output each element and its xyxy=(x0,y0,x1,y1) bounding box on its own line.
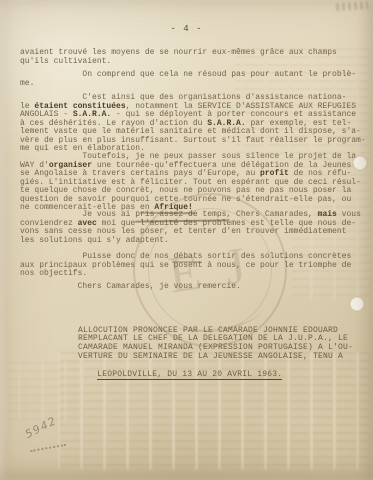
closing-lines: ALLOCUTION PRONONCEE PAR LE CAMARADE JOH… xyxy=(78,327,353,362)
paragraph-6: Puisse donc de nos débats sortir des sol… xyxy=(20,253,372,279)
text-line: me. xyxy=(20,80,372,89)
closing-underlined-line: LEOPOLDVILLE, DU 13 AU 20 AVRIL 1963. xyxy=(97,371,282,381)
verso-bleed-through xyxy=(8,362,78,420)
text-line: les solutions qui s'y adaptent. xyxy=(20,237,372,246)
text-line: VERTURE DU SEMINAIRE DE LA JEUNESSE ANGO… xyxy=(78,353,353,362)
pencil-dotted-mark xyxy=(30,441,66,452)
paragraph-1: avaient trouvé les moyens de se nourrir … xyxy=(20,49,372,66)
text-line: Chers Camarades, je vous remercie. xyxy=(20,283,372,292)
text-line: qu'ils cultivaient. xyxy=(20,58,372,67)
pencil-smudge xyxy=(336,1,368,11)
scanned-document-page: - 4 - avaient trouvé les moyens de se no… xyxy=(0,0,373,480)
text-line: nos objectifs. xyxy=(20,270,372,279)
paragraph-closing-salute: Chers Camarades, je vous remercie. xyxy=(20,283,372,292)
page-number: - 4 - xyxy=(0,24,373,34)
hole-punch-top xyxy=(352,155,368,171)
paragraph-5: Je vous ai pris assez de temps, Chers Ca… xyxy=(20,211,372,245)
text-line: On comprend que cela ne résoud pas pour … xyxy=(20,71,372,80)
closing-attribution-block: ALLOCUTION PRONONCEE PAR LE CAMARADE JOH… xyxy=(78,309,353,389)
paragraph-4: Toutefois, je ne peux passer sous silenc… xyxy=(20,153,372,213)
pencil-note: 5942 xyxy=(23,414,59,441)
hole-punch-bottom xyxy=(349,296,365,312)
paragraph-3: C'est ainsi que des organisations d'assi… xyxy=(20,94,372,154)
paragraph-2: On comprend que cela ne résoud pas pour … xyxy=(20,71,372,88)
